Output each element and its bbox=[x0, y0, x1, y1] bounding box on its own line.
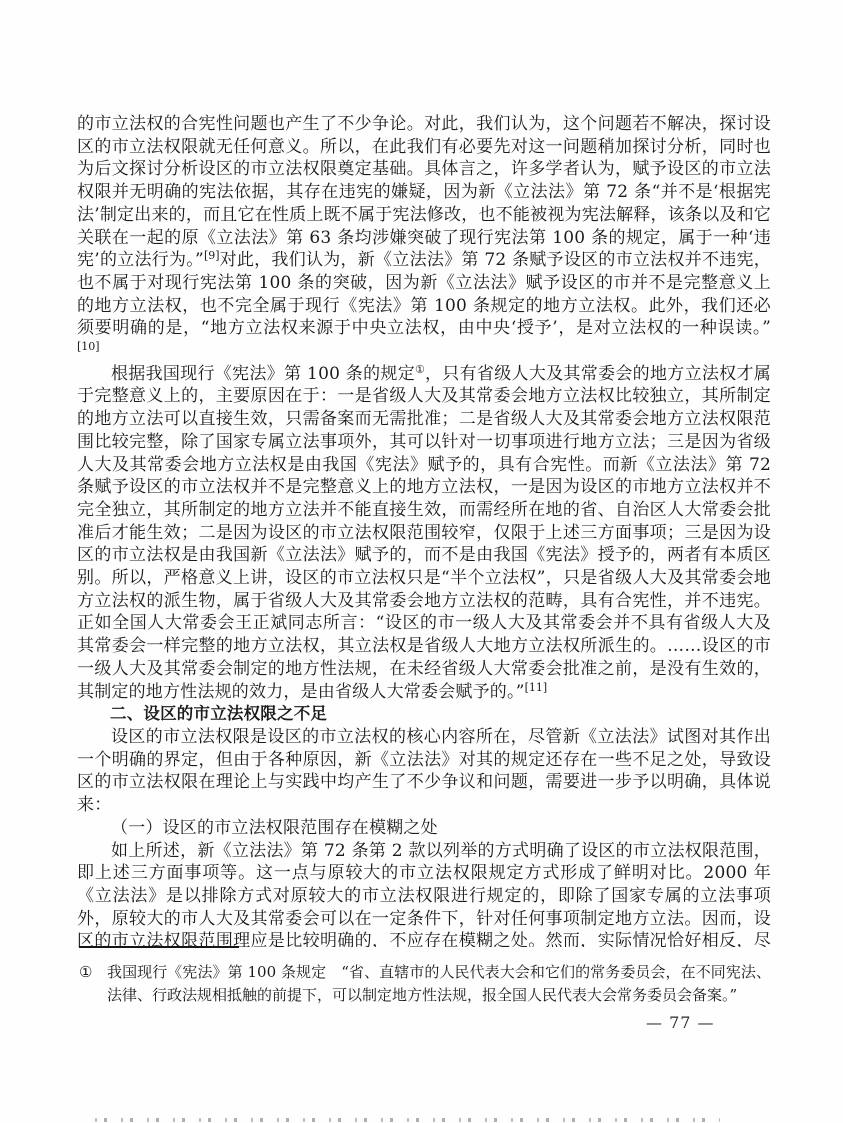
footnote-text: 我国现行《宪法》第 100 条规定 “省、直辖市的人民代表大会和它们的常务委员会… bbox=[107, 961, 771, 1006]
article-body: 的市立法权的合宪性问题也产生了不少争论。对此，我们认为，这个问题若不解决，探讨设… bbox=[77, 113, 771, 947]
footnote-ref: [11] bbox=[525, 681, 548, 694]
heading: 二、设区的市立法权限之不足 bbox=[77, 703, 771, 726]
paragraph: 根据我国现行《宪法》第 100 条的规定①，只有省级人大及其常委会的地方立法权才… bbox=[77, 363, 771, 704]
footnote-ref: [9] bbox=[204, 249, 220, 262]
footnote-area: ① 我国现行《宪法》第 100 条规定 “省、直辖市的人民代表大会和它们的常务委… bbox=[77, 946, 771, 1006]
footnote-separator bbox=[79, 946, 239, 948]
page-number: — 77 — bbox=[646, 1013, 715, 1032]
paragraph: 设区的市立法权限是设区的市立法权的核心内容所在，尽管新《立法法》试图对其作出一个… bbox=[77, 726, 771, 817]
next-page-text-bleed bbox=[95, 1118, 720, 1122]
footnote: ① 我国现行《宪法》第 100 条规定 “省、直辖市的人民代表大会和它们的常务委… bbox=[77, 961, 771, 1006]
footnote-ref: ① bbox=[415, 363, 425, 376]
subheading: （一）设区的市立法权限范围存在模糊之处 bbox=[77, 817, 771, 840]
paragraph: 如上所述，新《立法法》第 72 条第 2 款以列举的方式明确了设区的市立法权限范… bbox=[77, 840, 771, 948]
footnote-marker: ① bbox=[77, 961, 107, 1006]
paragraph: 的市立法权的合宪性问题也产生了不少争论。对此，我们认为，这个问题若不解决，探讨设… bbox=[77, 113, 771, 363]
paper-page: 的市立法权的合宪性问题也产生了不少争论。对此，我们认为，这个问题若不解决，探讨设… bbox=[0, 0, 843, 1123]
footnote-ref: [10] bbox=[77, 340, 100, 353]
